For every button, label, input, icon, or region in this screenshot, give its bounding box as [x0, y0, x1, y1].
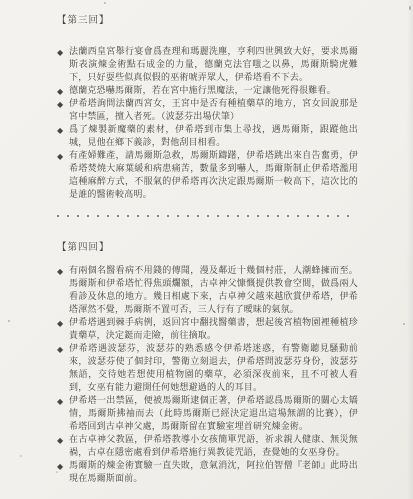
diamond-bullet-icon: ◆: [57, 85, 69, 98]
bullet-text: 有兩個名醫看病不用錢的傳聞，漫及鄰近十幾個村莊，人潮蜂擁而至。馬爾斯和伊希塔忙得…: [69, 265, 358, 317]
bullet-text: 伊希塔一出禁區，便被馬爾斯逮個正著，伊希塔認爲馬爾斯的關心太矯情，馬爾斯拂袖而去…: [69, 395, 358, 434]
bullet-text: 德蘭克恐嚇馬爾斯，若在宮中施行黑魔法，一定讓他死得很難看。: [69, 85, 358, 98]
diamond-bullet-icon: ◆: [57, 395, 69, 434]
diamond-bullet-icon: ◆: [57, 98, 69, 124]
chapter-4-bullet-list: ◆ 有兩個名醫看病不用錢的傳聞，漫及鄰近十幾個村莊，人潮蜂擁而至。馬爾斯和伊希塔…: [57, 265, 358, 486]
bullet-text: 法蘭西皇宮舉行宴會爲查理和瑪麗洗塵，亨利四世興致大好，要求馬爾斯表演煉金術點石成…: [69, 46, 358, 85]
scan-artifact-speck: [409, 6, 411, 10]
bullet-text: 在古卓神父教區，伊希塔教導小女孩簡單咒語，祈求親人健康、無災無禍，古卓在隱密處看…: [69, 434, 358, 460]
section-title-chapter-3: 【第三回】: [57, 14, 358, 28]
list-item: ◆ 馬爾斯的煉金術實驗一直失敗，意氣消沈，阿拉伯智僧『老師』此時出現在馬爾斯面前…: [57, 460, 358, 486]
bullet-text: 馬爾斯的煉金術實驗一直失敗，意氣消沈，阿拉伯智僧『老師』此時出現在馬爾斯面前。: [69, 460, 358, 486]
scanned-document-page: 【第三回】 ◆ 法蘭西皇宮舉行宴會爲查理和瑪麗洗塵，亨利四世興致大好，要求馬爾斯…: [0, 0, 413, 499]
scan-artifact-speck: [104, 2, 106, 4]
scan-artifact-speck: [8, 320, 10, 322]
diamond-bullet-icon: ◆: [57, 124, 69, 150]
bullet-text: 伊希塔詢問法蘭西宮女，王宮中是否有種植藥草的地方，宮女回說那是宮中禁區，擅入者死…: [69, 98, 358, 124]
list-item: ◆ 在古卓神父教區，伊希塔教導小女孩簡單咒語，祈求親人健康、無災無禍，古卓在隱密…: [57, 434, 358, 460]
dotted-separator: [57, 214, 356, 217]
list-item: ◆ 伊希塔遇到棘手病例，返回宮中翻找醫藥書，想起後宮植物園裡種植珍貴藥草，決定鋌…: [57, 317, 358, 343]
diamond-bullet-icon: ◆: [57, 343, 69, 395]
list-item: ◆ 伊希塔詢問法蘭西宮女，王宮中是否有種植藥草的地方，宮女回說那是宮中禁區，擅入…: [57, 98, 358, 124]
chapter-3-bullet-list: ◆ 法蘭西皇宮舉行宴會爲查理和瑪麗洗塵，亨利四世興致大好，要求馬爾斯表演煉金術點…: [57, 46, 358, 202]
diamond-bullet-icon: ◆: [57, 434, 69, 460]
list-item: ◆ 有兩個名醫看病不用錢的傳聞，漫及鄰近十幾個村莊，人潮蜂擁而至。馬爾斯和伊希塔…: [57, 265, 358, 317]
bullet-text: 伊希塔遇到棘手病例，返回宮中翻找醫藥書，想起後宮植物園裡種植珍貴藥草，決定鋌而走…: [69, 317, 358, 343]
bullet-text: 爲了煉製新魔藥的素材，伊希塔到市集上尋找，遇馬爾斯，跟蹤他出城，見他在鄉下義診，…: [69, 124, 358, 150]
diamond-bullet-icon: ◆: [57, 46, 69, 85]
scan-artifact-speck: [20, 455, 22, 457]
section-title-chapter-4: 【第四回】: [57, 241, 358, 255]
diamond-bullet-icon: ◆: [57, 150, 69, 202]
diamond-bullet-icon: ◆: [57, 317, 69, 343]
bullet-text: 伊希塔遇波瑟芬，波瑟芬的熟悉感令伊希塔迷惑，有警衛聽見騷動前來，波瑟芬使了個封印…: [69, 343, 358, 395]
list-item: ◆ 有產婦難產，請馬爾斯急救，馬爾斯躊躇，伊希塔跳出來自告奮勇，伊希塔焚燒大麻葉…: [57, 150, 358, 202]
list-item: ◆ 伊希塔一出禁區，便被馬爾斯逮個正著，伊希塔認爲馬爾斯的關心太矯情，馬爾斯拂袖…: [57, 395, 358, 434]
scan-artifact-speck: [403, 323, 405, 325]
list-item: ◆ 德蘭克恐嚇馬爾斯，若在宮中施行黑魔法，一定讓他死得很難看。: [57, 85, 358, 98]
document-content: 【第三回】 ◆ 法蘭西皇宮舉行宴會爲查理和瑪麗洗塵，亨利四世興致大好，要求馬爾斯…: [57, 14, 358, 486]
list-item: ◆ 法蘭西皇宮舉行宴會爲查理和瑪麗洗塵，亨利四世興致大好，要求馬爾斯表演煉金術點…: [57, 46, 358, 85]
bullet-text: 有產婦難產，請馬爾斯急救，馬爾斯躊躇，伊希塔跳出來自告奮勇，伊希塔焚燒大麻葉緩和…: [69, 150, 358, 202]
list-item: ◆ 爲了煉製新魔藥的素材，伊希塔到市集上尋找，遇馬爾斯，跟蹤他出城，見他在鄉下義…: [57, 124, 358, 150]
diamond-bullet-icon: ◆: [57, 460, 69, 486]
list-item: ◆ 伊希塔遇波瑟芬，波瑟芬的熟悉感令伊希塔迷惑，有警衛聽見騷動前來，波瑟芬使了個…: [57, 343, 358, 395]
diamond-bullet-icon: ◆: [57, 265, 69, 317]
